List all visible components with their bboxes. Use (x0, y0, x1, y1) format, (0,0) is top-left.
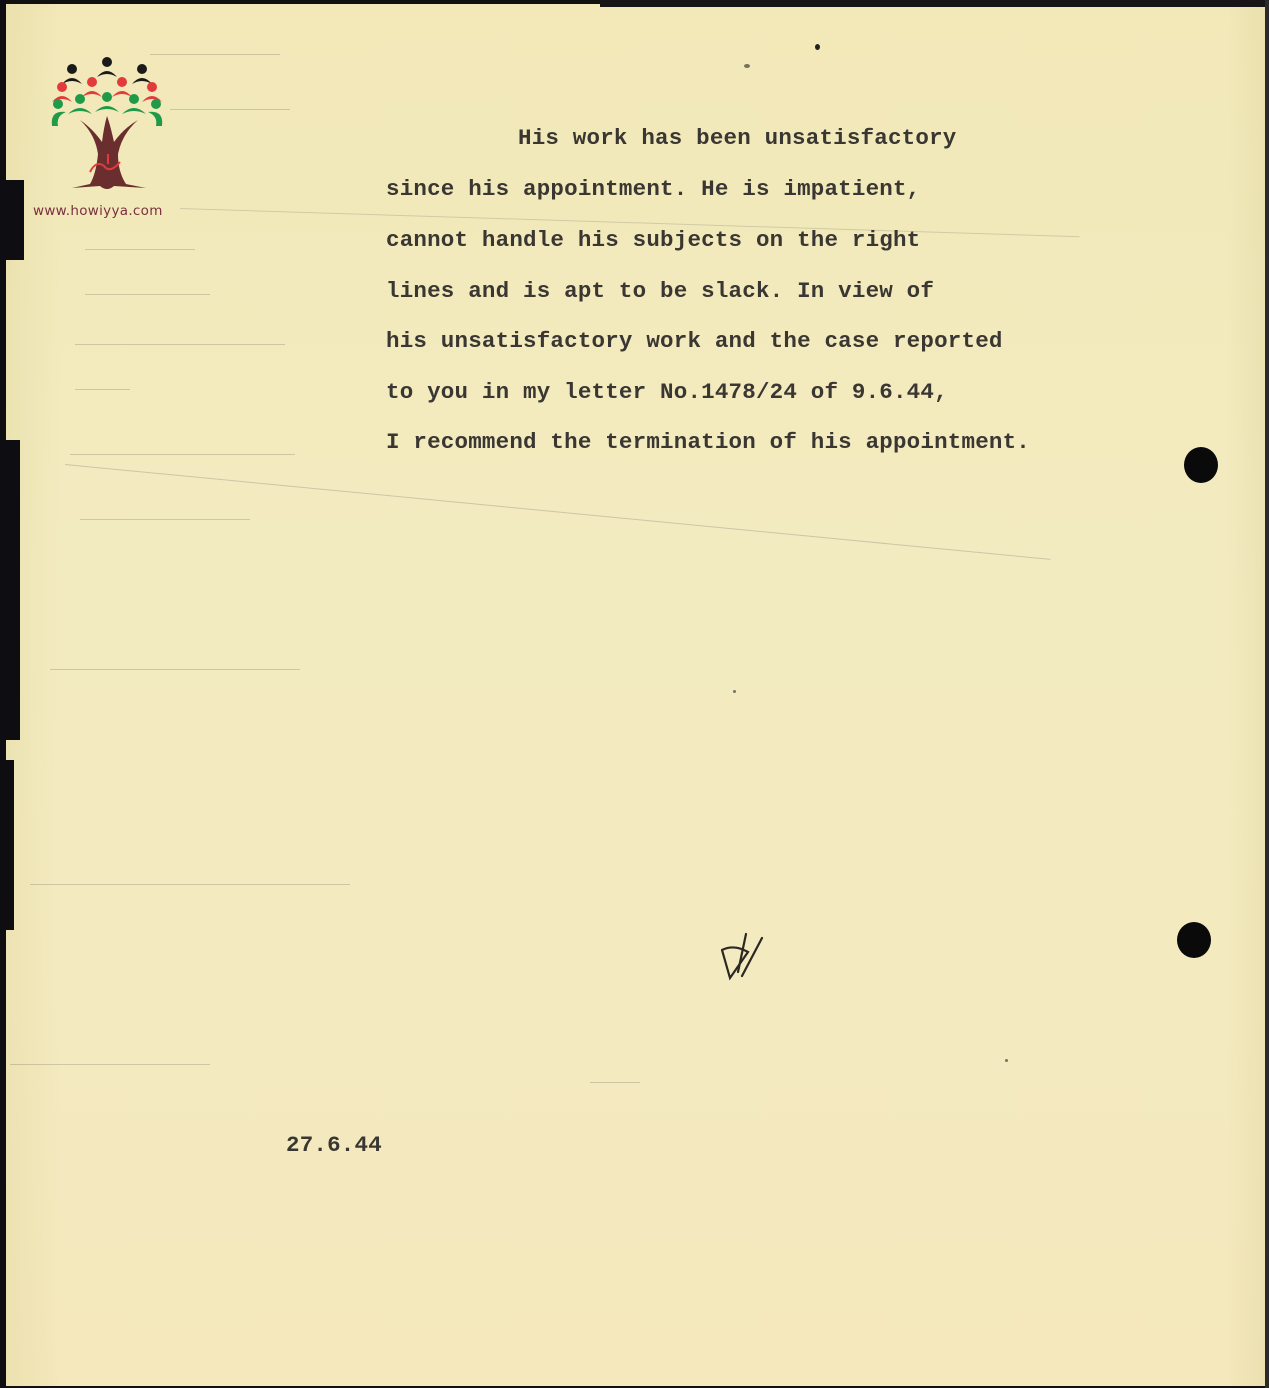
bleed-through-stroke (170, 109, 290, 110)
letter-line: cannot handle his subjects on the right (386, 227, 920, 253)
bleed-through-stroke (50, 669, 300, 670)
document-page: www.howiyya.com His work has been unsati… (0, 4, 1266, 1386)
punch-hole (1177, 922, 1211, 958)
bleed-through-stroke (85, 249, 195, 250)
bleed-through-stroke (590, 1082, 640, 1083)
scan-edge-right (1265, 0, 1269, 1388)
scan-edge-notch (0, 440, 20, 740)
bleed-through-stroke (75, 389, 130, 390)
fold-line (65, 464, 1051, 560)
bleed-through-stroke (80, 519, 250, 520)
letter-line: his unsatisfactory work and the case rep… (386, 328, 1003, 354)
watermark-url: www.howiyya.com (33, 203, 163, 219)
ink-speck (733, 690, 736, 693)
bleed-through-stroke (85, 294, 210, 295)
letter-line: lines and is apt to be slack. In view of (386, 278, 934, 304)
scan-edge-top (600, 0, 1269, 7)
letter-line: His work has been unsatisfactory (518, 125, 956, 151)
bleed-through-stroke (30, 884, 350, 885)
ink-speck (744, 64, 750, 68)
letter-date: 27.6.44 (286, 1132, 382, 1158)
scan-edge-notch (0, 180, 24, 260)
bleed-through-stroke (75, 344, 285, 345)
bleed-through-stroke (70, 454, 295, 455)
letter-line: I recommend the termination of his appoi… (386, 429, 1030, 455)
bleed-through-stroke (10, 1064, 210, 1065)
signature-initials-icon (716, 932, 766, 988)
ink-speck (815, 44, 820, 50)
punch-hole (1184, 447, 1218, 483)
howiyya-logo-icon (50, 54, 170, 204)
letter-line: to you in my letter No.1478/24 of 9.6.44… (386, 379, 948, 405)
scan-edge-notch (0, 760, 14, 930)
letter-line: since his appointment. He is impatient, (386, 176, 920, 202)
ink-speck (1005, 1059, 1008, 1062)
